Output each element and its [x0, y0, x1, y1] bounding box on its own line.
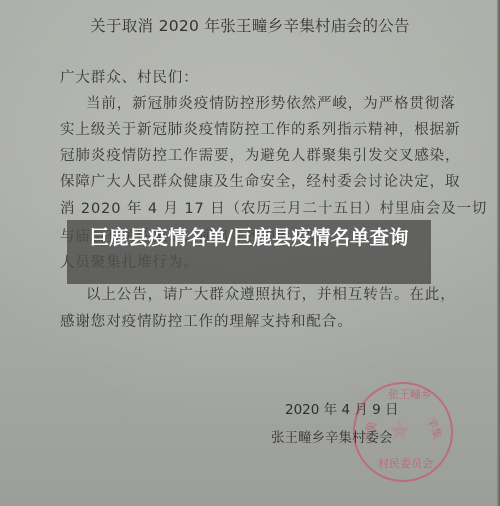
signature-organization: 张王疃乡辛集村委会: [271, 426, 393, 446]
seal-bottom-text: 村民委员会: [378, 455, 433, 471]
body-line: 冠肺炎疫情防控工作需要，为避免人群聚集引发交叉感染，: [60, 144, 460, 165]
closing-line: 以上公告，请广大群众遵照执行，并相互转告。在此，: [86, 283, 456, 304]
body-line: 实上级关于新冠肺炎疫情防控工作的系列指示精神，根据新: [60, 118, 460, 139]
body-line: 保障广大人民群众健康及生命安全，经村委会讨论决定，取: [60, 170, 460, 191]
closing-line: 感谢您对疫情防控工作的理解支持和配合。: [60, 310, 353, 331]
body-line: 当前，新冠肺炎疫情防控形势依然严峻，为严格贯彻落: [86, 92, 456, 113]
caption-overlay: 巨鹿县疫情名单/巨鹿县疫情名单查询: [67, 220, 431, 284]
greeting: 广大群众、村民们：: [60, 66, 199, 87]
signature-date: 2020 年 4 月 9 日: [285, 398, 399, 418]
body-line: 消 2020 年 4 月 17 日（农历三月二十五日）村里庙会及一切: [60, 197, 487, 218]
caption-text: 巨鹿县疫情名单/巨鹿县疫情名单查询: [67, 224, 431, 251]
document-title: 关于取消 2020 年张王疃乡辛集村庙会的公告: [0, 14, 500, 36]
